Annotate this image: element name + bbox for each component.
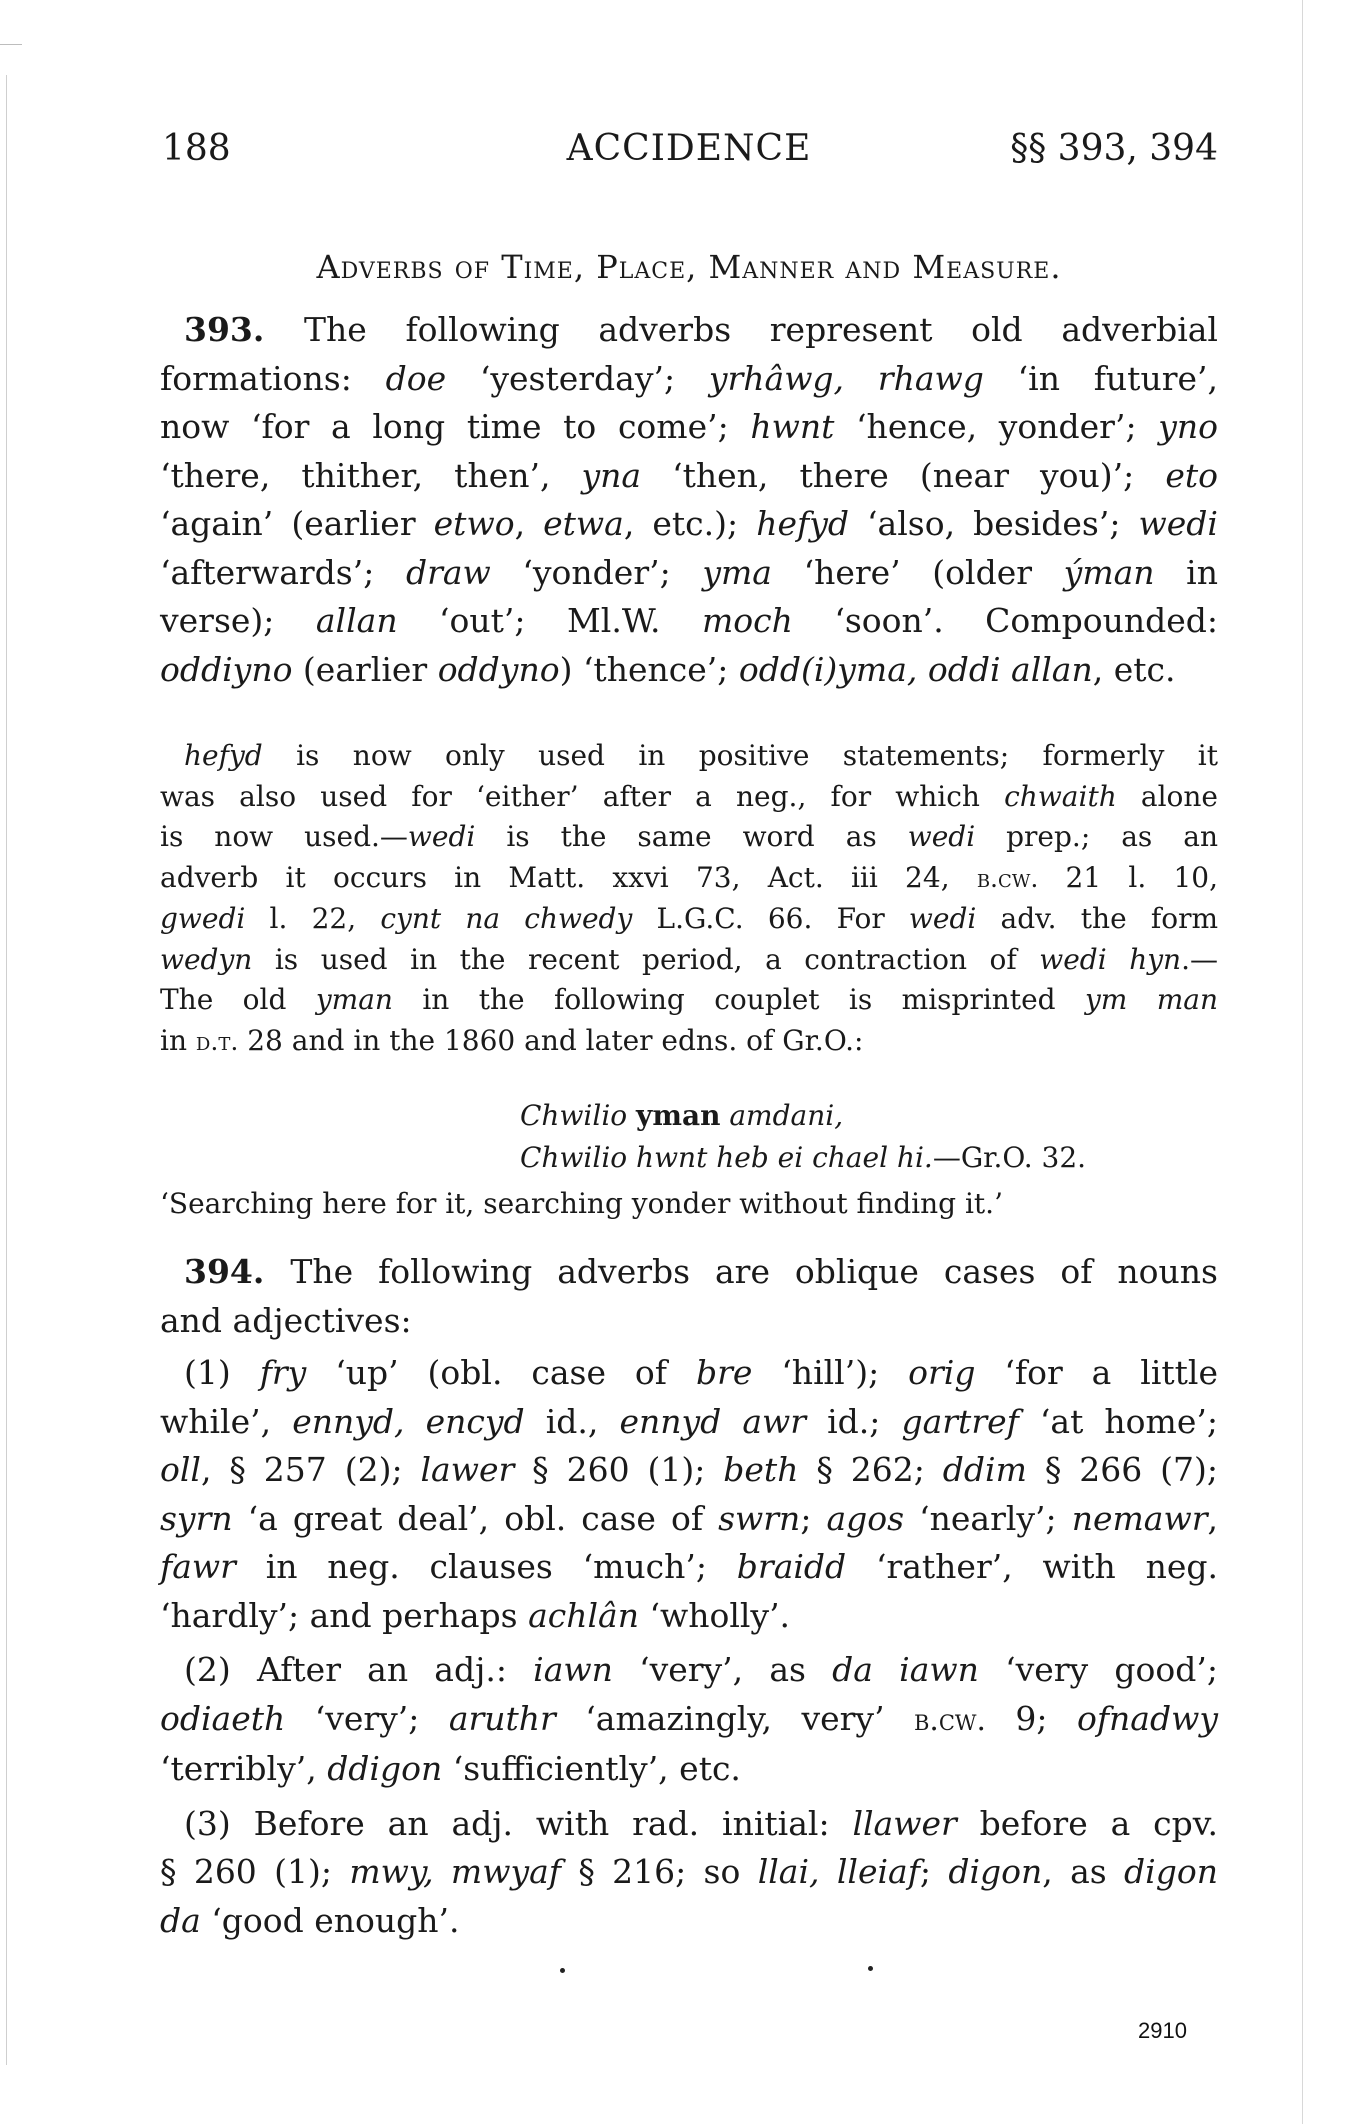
italic-term: yrhâwg, rhawg bbox=[709, 359, 984, 398]
paragraph-394-intro: 394. The following adverbs are oblique c… bbox=[160, 1248, 1218, 1345]
scan-speck bbox=[560, 1968, 565, 1973]
paragraph-394: 394. The following adverbs are oblique c… bbox=[160, 1248, 1218, 1945]
paragraph-394-item-2: (2) After an adj.: iawn ‘very’, as da ia… bbox=[160, 1646, 1218, 1794]
text-line: and adjectives: bbox=[160, 1297, 1218, 1346]
italic-term: wedi bbox=[909, 902, 976, 935]
verse-translation: ‘Searching here for it, searching yonder… bbox=[160, 1184, 1218, 1225]
text-line: wedyn is used in the recent period, a co… bbox=[160, 940, 1218, 981]
italic-term: cynt na chwedy bbox=[380, 902, 632, 935]
paragraph-394-item-1: (1) fry ‘up’ (obl. case of bre ‘hill’); … bbox=[160, 1349, 1218, 1640]
text-line: verse); allan ‘out’; Ml.W. moch ‘soon’. … bbox=[160, 597, 1218, 646]
running-head: 188 ACCIDENCE §§ 393, 394 bbox=[160, 128, 1218, 172]
italic-term: syrn bbox=[160, 1499, 233, 1538]
italic-term: ennyd awr bbox=[619, 1402, 806, 1441]
paragraph-number: 394. bbox=[184, 1252, 290, 1291]
italic-term: wedyn bbox=[160, 943, 252, 976]
italic-term: da bbox=[160, 1901, 201, 1940]
abbreviation: d.t. bbox=[196, 1027, 238, 1056]
italic-term: oddyno bbox=[438, 650, 560, 689]
translation-text: ‘Searching here for it, searching yonder… bbox=[160, 1187, 1003, 1220]
italic-term: moch bbox=[702, 601, 793, 640]
italic-term: wedi hyn bbox=[1039, 943, 1181, 976]
text-line: Chwilio yman amdani, bbox=[520, 1095, 1086, 1137]
text-line: formations: doe ‘yesterday’; yrhâwg, rha… bbox=[160, 355, 1218, 404]
italic-term: aruthr bbox=[449, 1699, 556, 1738]
page-edge-right bbox=[1302, 0, 1303, 2124]
italic-term: da iawn bbox=[832, 1650, 979, 1689]
italic-term: wedi bbox=[1139, 504, 1218, 543]
text-line: ‘again’ (earlier etwo, etwa, etc.); hefy… bbox=[160, 500, 1218, 549]
text-line: oll, § 257 (2); lawer § 260 (1); beth § … bbox=[160, 1446, 1218, 1495]
italic-term: etwo bbox=[434, 504, 515, 543]
italic-term: nemawr bbox=[1072, 1499, 1208, 1538]
text-line: hefyd is now only used in positive state… bbox=[160, 736, 1218, 777]
text-line: 393. The following adverbs represent old… bbox=[160, 306, 1218, 355]
paragraph-394-item-3: (3) Before an adj. with rad. initial: ll… bbox=[160, 1800, 1218, 1946]
italic-term: Chwilio hwnt heb ei chael hi. bbox=[520, 1141, 933, 1174]
section-range: §§ 393, 394 bbox=[1010, 128, 1218, 169]
italic-term: yno bbox=[1158, 407, 1218, 446]
italic-term: ym man bbox=[1085, 983, 1218, 1016]
italic-term: hefyd bbox=[756, 504, 849, 543]
italic-term: hwnt bbox=[750, 407, 834, 446]
text-line: while’, ennyd, encyd id., ennyd awr id.;… bbox=[160, 1398, 1218, 1447]
italic-term: achlân bbox=[528, 1596, 639, 1635]
text-line: 394. The following adverbs are oblique c… bbox=[160, 1248, 1218, 1297]
italic-term: orig bbox=[908, 1353, 975, 1392]
text-line: oddiyno (earlier oddyno) ‘thence’; odd(i… bbox=[160, 646, 1218, 695]
italic-term: hefyd bbox=[184, 739, 263, 772]
italic-term: ennyd, encyd bbox=[292, 1402, 524, 1441]
text-line: ‘there, thither, then’, yna ‘then, there… bbox=[160, 452, 1218, 501]
note-393-body: hefyd is now only used in positive state… bbox=[160, 736, 1218, 1062]
text-line: (1) fry ‘up’ (obl. case of bre ‘hill’); … bbox=[160, 1349, 1218, 1398]
italic-term: draw bbox=[406, 553, 491, 592]
paragraph-393-body: 393. The following adverbs represent old… bbox=[160, 306, 1218, 694]
italic-term: braidd bbox=[737, 1547, 846, 1586]
italic-term: lawer bbox=[420, 1450, 514, 1489]
italic-term: bre bbox=[696, 1353, 752, 1392]
abbreviation: b.cw. bbox=[914, 1703, 986, 1738]
verse-couplet: Chwilio yman amdani,Chwilio hwnt heb ei … bbox=[520, 1095, 1086, 1179]
italic-term: ýman bbox=[1064, 553, 1155, 592]
italic-term: mwy, mwyaf bbox=[349, 1852, 561, 1891]
page-edge-left bbox=[6, 75, 7, 2065]
text-line: odiaeth ‘very’; aruthr ‘amazingly, very’… bbox=[160, 1695, 1218, 1746]
italic-term: eto bbox=[1165, 456, 1218, 495]
text-line: gwedi l. 22, cynt na chwedy L.G.C. 66. F… bbox=[160, 899, 1218, 940]
italic-term: beth bbox=[723, 1450, 798, 1489]
italic-term: digon bbox=[1124, 1852, 1218, 1891]
text-line: da ‘good enough’. bbox=[160, 1897, 1218, 1946]
italic-term: llawer bbox=[852, 1804, 956, 1843]
italic-term: wedi bbox=[908, 820, 975, 853]
italic-term: digon bbox=[948, 1852, 1042, 1891]
italic-term: llai, lleiaf bbox=[758, 1852, 920, 1891]
paragraph-number: 393. bbox=[184, 310, 304, 349]
text-line: (3) Before an adj. with rad. initial: ll… bbox=[160, 1800, 1218, 1849]
section-heading: Adverbs of Time, Place, Manner and Measu… bbox=[160, 248, 1218, 286]
page-edge-tick bbox=[0, 44, 22, 45]
text-line: § 260 (1); mwy, mwyaf § 216; so llai, ll… bbox=[160, 1848, 1218, 1897]
italic-term: wedi bbox=[408, 820, 475, 853]
italic-term: oll bbox=[160, 1450, 201, 1489]
text-line: The old yman in the following couplet is… bbox=[160, 980, 1218, 1021]
abbreviation: b.cw. bbox=[977, 864, 1039, 893]
bold-term: yman bbox=[636, 1099, 720, 1132]
italic-term: odd(i)yma, oddi allan bbox=[739, 650, 1093, 689]
italic-term: gartref bbox=[901, 1402, 1018, 1441]
italic-term: iawn bbox=[533, 1650, 613, 1689]
italic-term: fawr bbox=[160, 1547, 236, 1586]
italic-term: oddiyno bbox=[160, 650, 292, 689]
text-line: ‘hardly’; and perhaps achlân ‘wholly’. bbox=[160, 1592, 1218, 1641]
italic-term: allan bbox=[316, 601, 398, 640]
italic-term: ddim bbox=[943, 1450, 1027, 1489]
text-line: adverb it occurs in Matt. xxvi 73, Act. … bbox=[160, 858, 1218, 900]
text-line: in d.t. 28 and in the 1860 and later edn… bbox=[160, 1021, 1218, 1063]
text-line: Chwilio hwnt heb ei chael hi.—Gr.O. 32. bbox=[520, 1137, 1086, 1179]
italic-term: yma bbox=[702, 553, 772, 592]
text-line: fawr in neg. clauses ‘much’; braidd ‘rat… bbox=[160, 1543, 1218, 1592]
italic-term: odiaeth bbox=[160, 1699, 285, 1738]
italic-term: amdani, bbox=[720, 1099, 843, 1132]
text-line: now ‘for a long time to come’; hwnt ‘hen… bbox=[160, 403, 1218, 452]
text-line: (2) After an adj.: iawn ‘very’, as da ia… bbox=[160, 1646, 1218, 1695]
text-line: is now used.—wedi is the same word as we… bbox=[160, 817, 1218, 858]
text-line: ‘terribly’, ddigon ‘sufficiently’, etc. bbox=[160, 1745, 1218, 1794]
italic-term: agos bbox=[826, 1499, 904, 1538]
italic-term: yman bbox=[316, 983, 393, 1016]
paragraph-393: 393. The following adverbs represent old… bbox=[160, 306, 1218, 694]
note-393: hefyd is now only used in positive state… bbox=[160, 736, 1218, 1062]
text-line: syrn ‘a great deal’, obl. case of swrn; … bbox=[160, 1495, 1218, 1544]
italic-term: ofnadwy bbox=[1077, 1699, 1218, 1738]
text-line: was also used for ‘either’ after a neg.,… bbox=[160, 777, 1218, 818]
italic-term: chwaith bbox=[1004, 780, 1117, 813]
verse-lines: Chwilio yman amdani,Chwilio hwnt heb ei … bbox=[520, 1095, 1086, 1179]
italic-term: gwedi bbox=[160, 902, 245, 935]
italic-term: fry bbox=[260, 1353, 307, 1392]
italic-term: Chwilio bbox=[520, 1099, 636, 1132]
scan-speck bbox=[868, 1966, 873, 1971]
italic-term: yna bbox=[582, 456, 642, 495]
italic-term: doe bbox=[386, 359, 447, 398]
italic-term: ddigon bbox=[327, 1749, 442, 1788]
scan-stamp: 2910 bbox=[1138, 2018, 1187, 2044]
text-line: ‘afterwards’; draw ‘yonder’; yma ‘here’ … bbox=[160, 549, 1218, 598]
italic-term: etwa bbox=[543, 504, 624, 543]
italic-term: swrn bbox=[718, 1499, 800, 1538]
